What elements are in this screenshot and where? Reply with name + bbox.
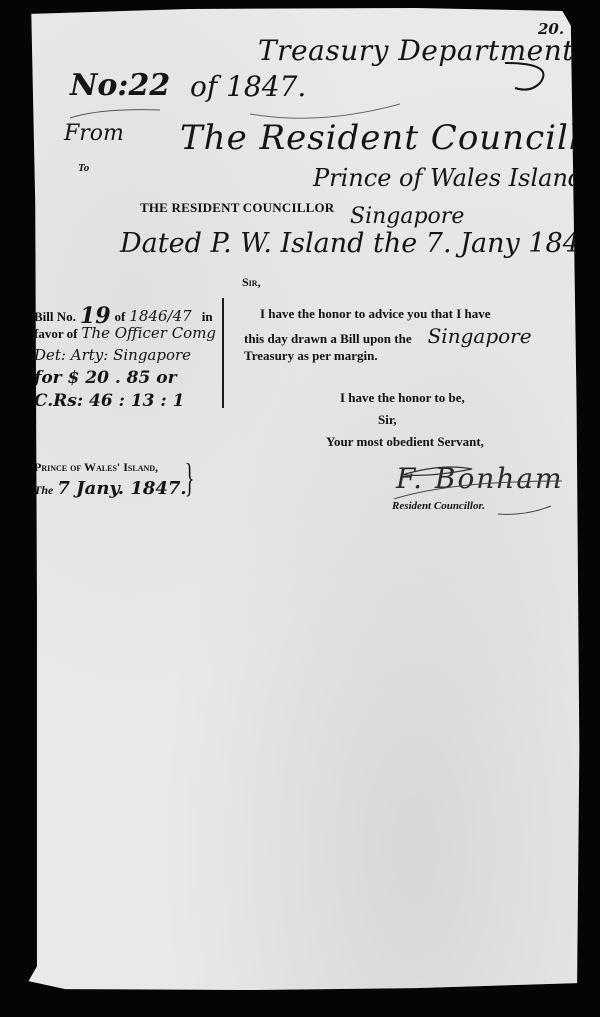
- brace-icon: }: [185, 454, 195, 501]
- body-line1: I have the honor to advice you that I ha…: [260, 306, 491, 322]
- margin-bill-block: Bill No. 19 of 1846/47 in favor of The O…: [34, 301, 216, 414]
- date-label: The: [34, 483, 53, 497]
- closing-line2: Sir,: [378, 412, 397, 428]
- from-location: Prince of Wales Island: [313, 164, 583, 192]
- bill-year: 1846/47: [129, 307, 191, 325]
- bill-label: Bill No.: [34, 309, 76, 324]
- closing-line3: Your most obedient Servant,: [326, 434, 484, 450]
- signer-title: Resident Councillor.: [392, 500, 485, 512]
- place-label: Prince of Wales' Island,: [34, 460, 158, 475]
- body-treasury-location: Singapore: [428, 324, 532, 348]
- title-flourish-icon: [496, 504, 556, 518]
- favor-line3: for $ 20 . 85 or: [34, 368, 216, 391]
- to-label: To: [78, 162, 89, 174]
- date-value: 7 Jany. 1847.: [57, 478, 186, 499]
- favor-label: favor of: [34, 326, 77, 341]
- body-line3: Treasury as per margin.: [244, 348, 378, 364]
- dated-line: Dated P. W. Island the 7. Jany 1847.: [120, 228, 600, 259]
- document-page: 20. Treasury Department No:22 of 1847. F…: [20, 6, 585, 996]
- body-line2: this day drawn a Bill upon the Singapore: [244, 324, 532, 348]
- bill-number: 19: [80, 303, 111, 329]
- flourish-icon: [500, 58, 560, 98]
- from-value: The Resident Councillor: [180, 118, 600, 158]
- margin-date: The 7 Jany. 1847.: [34, 478, 187, 499]
- closing-line1: I have the honor to be,: [340, 390, 465, 406]
- margin-divider: [222, 298, 224, 408]
- from-label: From: [64, 121, 124, 146]
- favor-line2: Det: Arty: Singapore: [34, 346, 216, 368]
- addressee: THE RESIDENT COUNCILLOR: [140, 200, 334, 216]
- salutation: Sir,: [242, 275, 261, 290]
- to-location: Singapore: [350, 204, 464, 229]
- body-line2-text: this day drawn a Bill upon the: [244, 331, 412, 346]
- bill-of-label: of: [115, 309, 126, 324]
- bill-in-label: in: [202, 309, 213, 324]
- favor-line4: C.Rs: 46 : 13 : 1: [34, 391, 216, 414]
